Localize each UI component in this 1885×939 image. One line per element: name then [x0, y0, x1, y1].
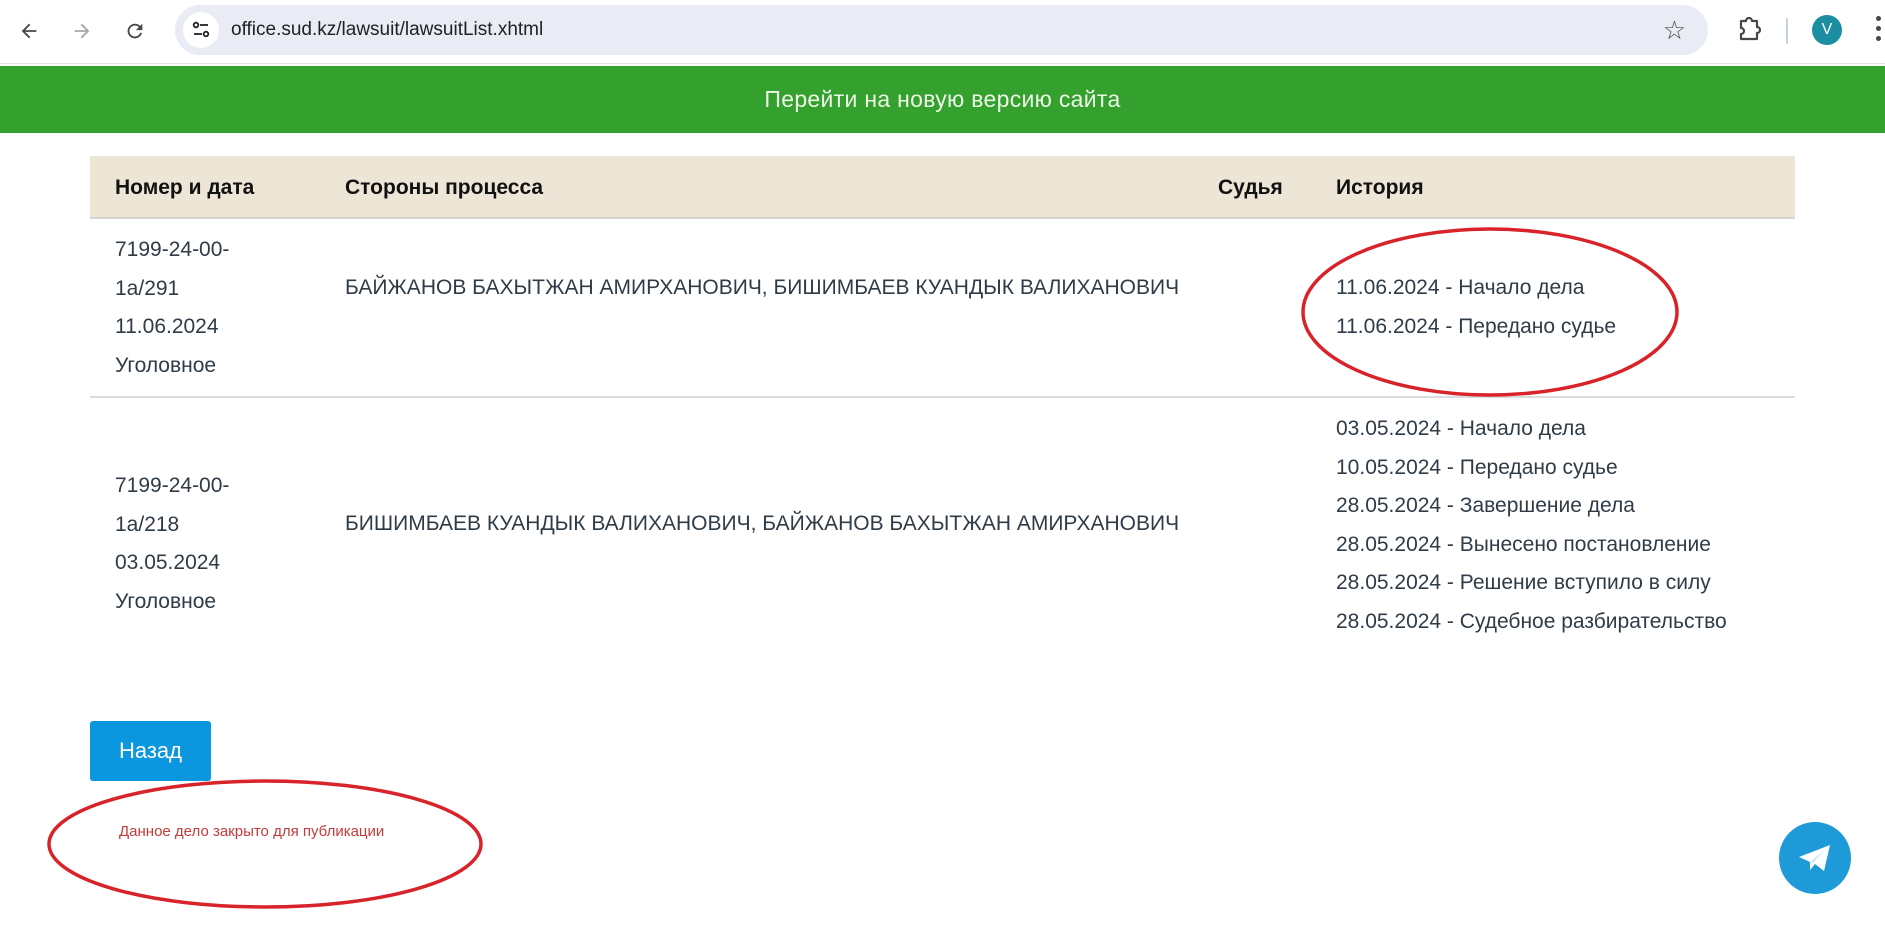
new-version-banner: Перейти на новую версию сайта — [0, 66, 1885, 133]
telegram-icon — [1793, 836, 1837, 880]
address-bar[interactable]: office.sud.kz/lawsuit/lawsuitList.xhtml … — [175, 5, 1708, 55]
forward-arrow-icon[interactable] — [65, 14, 99, 48]
history-entry: 28.05.2024 - Судебное разбирательство — [1336, 603, 1795, 642]
parties-cell: БАЙЖАНОВ БАХЫТЖАН АМИРХАНОВИЧ, БИШИМБАЕВ… — [345, 269, 1180, 308]
header-parties: Стороны процесса — [345, 156, 543, 219]
history-entry: 28.05.2024 - Завершение дела — [1336, 487, 1795, 526]
back-arrow-icon[interactable] — [12, 14, 46, 48]
browser-toolbar: office.sud.kz/lawsuit/lawsuitList.xhtml … — [0, 0, 1885, 64]
history-entry: 28.05.2024 - Решение вступило в силу — [1336, 564, 1795, 603]
case-category: Уголовное — [115, 347, 285, 386]
telegram-button[interactable] — [1779, 822, 1851, 894]
case-number-cell: 7199-24-00- 1а/218 03.05.2024 Уголовное — [115, 467, 285, 621]
parties-cell: БИШИМБАЕВ КУАНДЫК ВАЛИХАНОВИЧ, БАЙЖАНОВ … — [345, 505, 1180, 544]
case-number-line2: 1а/218 — [115, 506, 285, 545]
url-text[interactable]: office.sud.kz/lawsuit/lawsuitList.xhtml — [231, 5, 543, 55]
history-entry: 03.05.2024 - Начало дела — [1336, 410, 1795, 449]
reload-icon[interactable] — [118, 14, 152, 48]
more-menu-icon[interactable] — [1872, 16, 1884, 46]
case-date: 03.05.2024 — [115, 544, 285, 583]
history-cell: 11.06.2024 - Начало дела 11.06.2024 - Пе… — [1336, 269, 1795, 346]
header-judge: Судья — [1218, 156, 1283, 219]
table-row[interactable]: 7199-24-00- 1а/218 03.05.2024 Уголовное … — [90, 398, 1795, 688]
case-date: 11.06.2024 — [115, 308, 285, 347]
history-entry: 11.06.2024 - Передано судье — [1336, 308, 1795, 347]
closed-case-notice: Данное дело закрыто для публикации — [119, 823, 384, 840]
history-entry: 11.06.2024 - Начало дела — [1336, 269, 1795, 308]
lawsuit-table: Номер и дата Стороны процесса Судья Исто… — [90, 156, 1795, 688]
case-number-line1: 7199-24-00- — [115, 467, 285, 506]
star-icon[interactable]: ☆ — [1663, 15, 1686, 45]
table-row[interactable]: 7199-24-00- 1а/291 11.06.2024 Уголовное … — [90, 219, 1795, 398]
header-history: История — [1336, 156, 1424, 219]
new-version-link[interactable]: Перейти на новую версию сайта — [764, 86, 1120, 113]
history-entry: 10.05.2024 - Передано судье — [1336, 449, 1795, 488]
history-entry: 28.05.2024 - Вынесено постановление — [1336, 526, 1795, 565]
case-number-cell: 7199-24-00- 1а/291 11.06.2024 Уголовное — [115, 231, 285, 385]
case-number-line1: 7199-24-00- — [115, 231, 285, 270]
extensions-icon[interactable] — [1732, 14, 1764, 46]
case-number-line2: 1а/291 — [115, 270, 285, 309]
profile-avatar[interactable]: V — [1812, 15, 1842, 45]
site-info-icon[interactable] — [183, 12, 219, 48]
case-category: Уголовное — [115, 583, 285, 622]
annotation-ellipse-notice — [44, 776, 486, 914]
table-header: Номер и дата Стороны процесса Судья Исто… — [90, 156, 1795, 219]
header-number-date: Номер и дата — [115, 156, 254, 219]
toolbar-divider — [1786, 18, 1788, 44]
back-button[interactable]: Назад — [90, 721, 211, 781]
history-cell: 03.05.2024 - Начало дела 10.05.2024 - Пе… — [1336, 410, 1795, 641]
